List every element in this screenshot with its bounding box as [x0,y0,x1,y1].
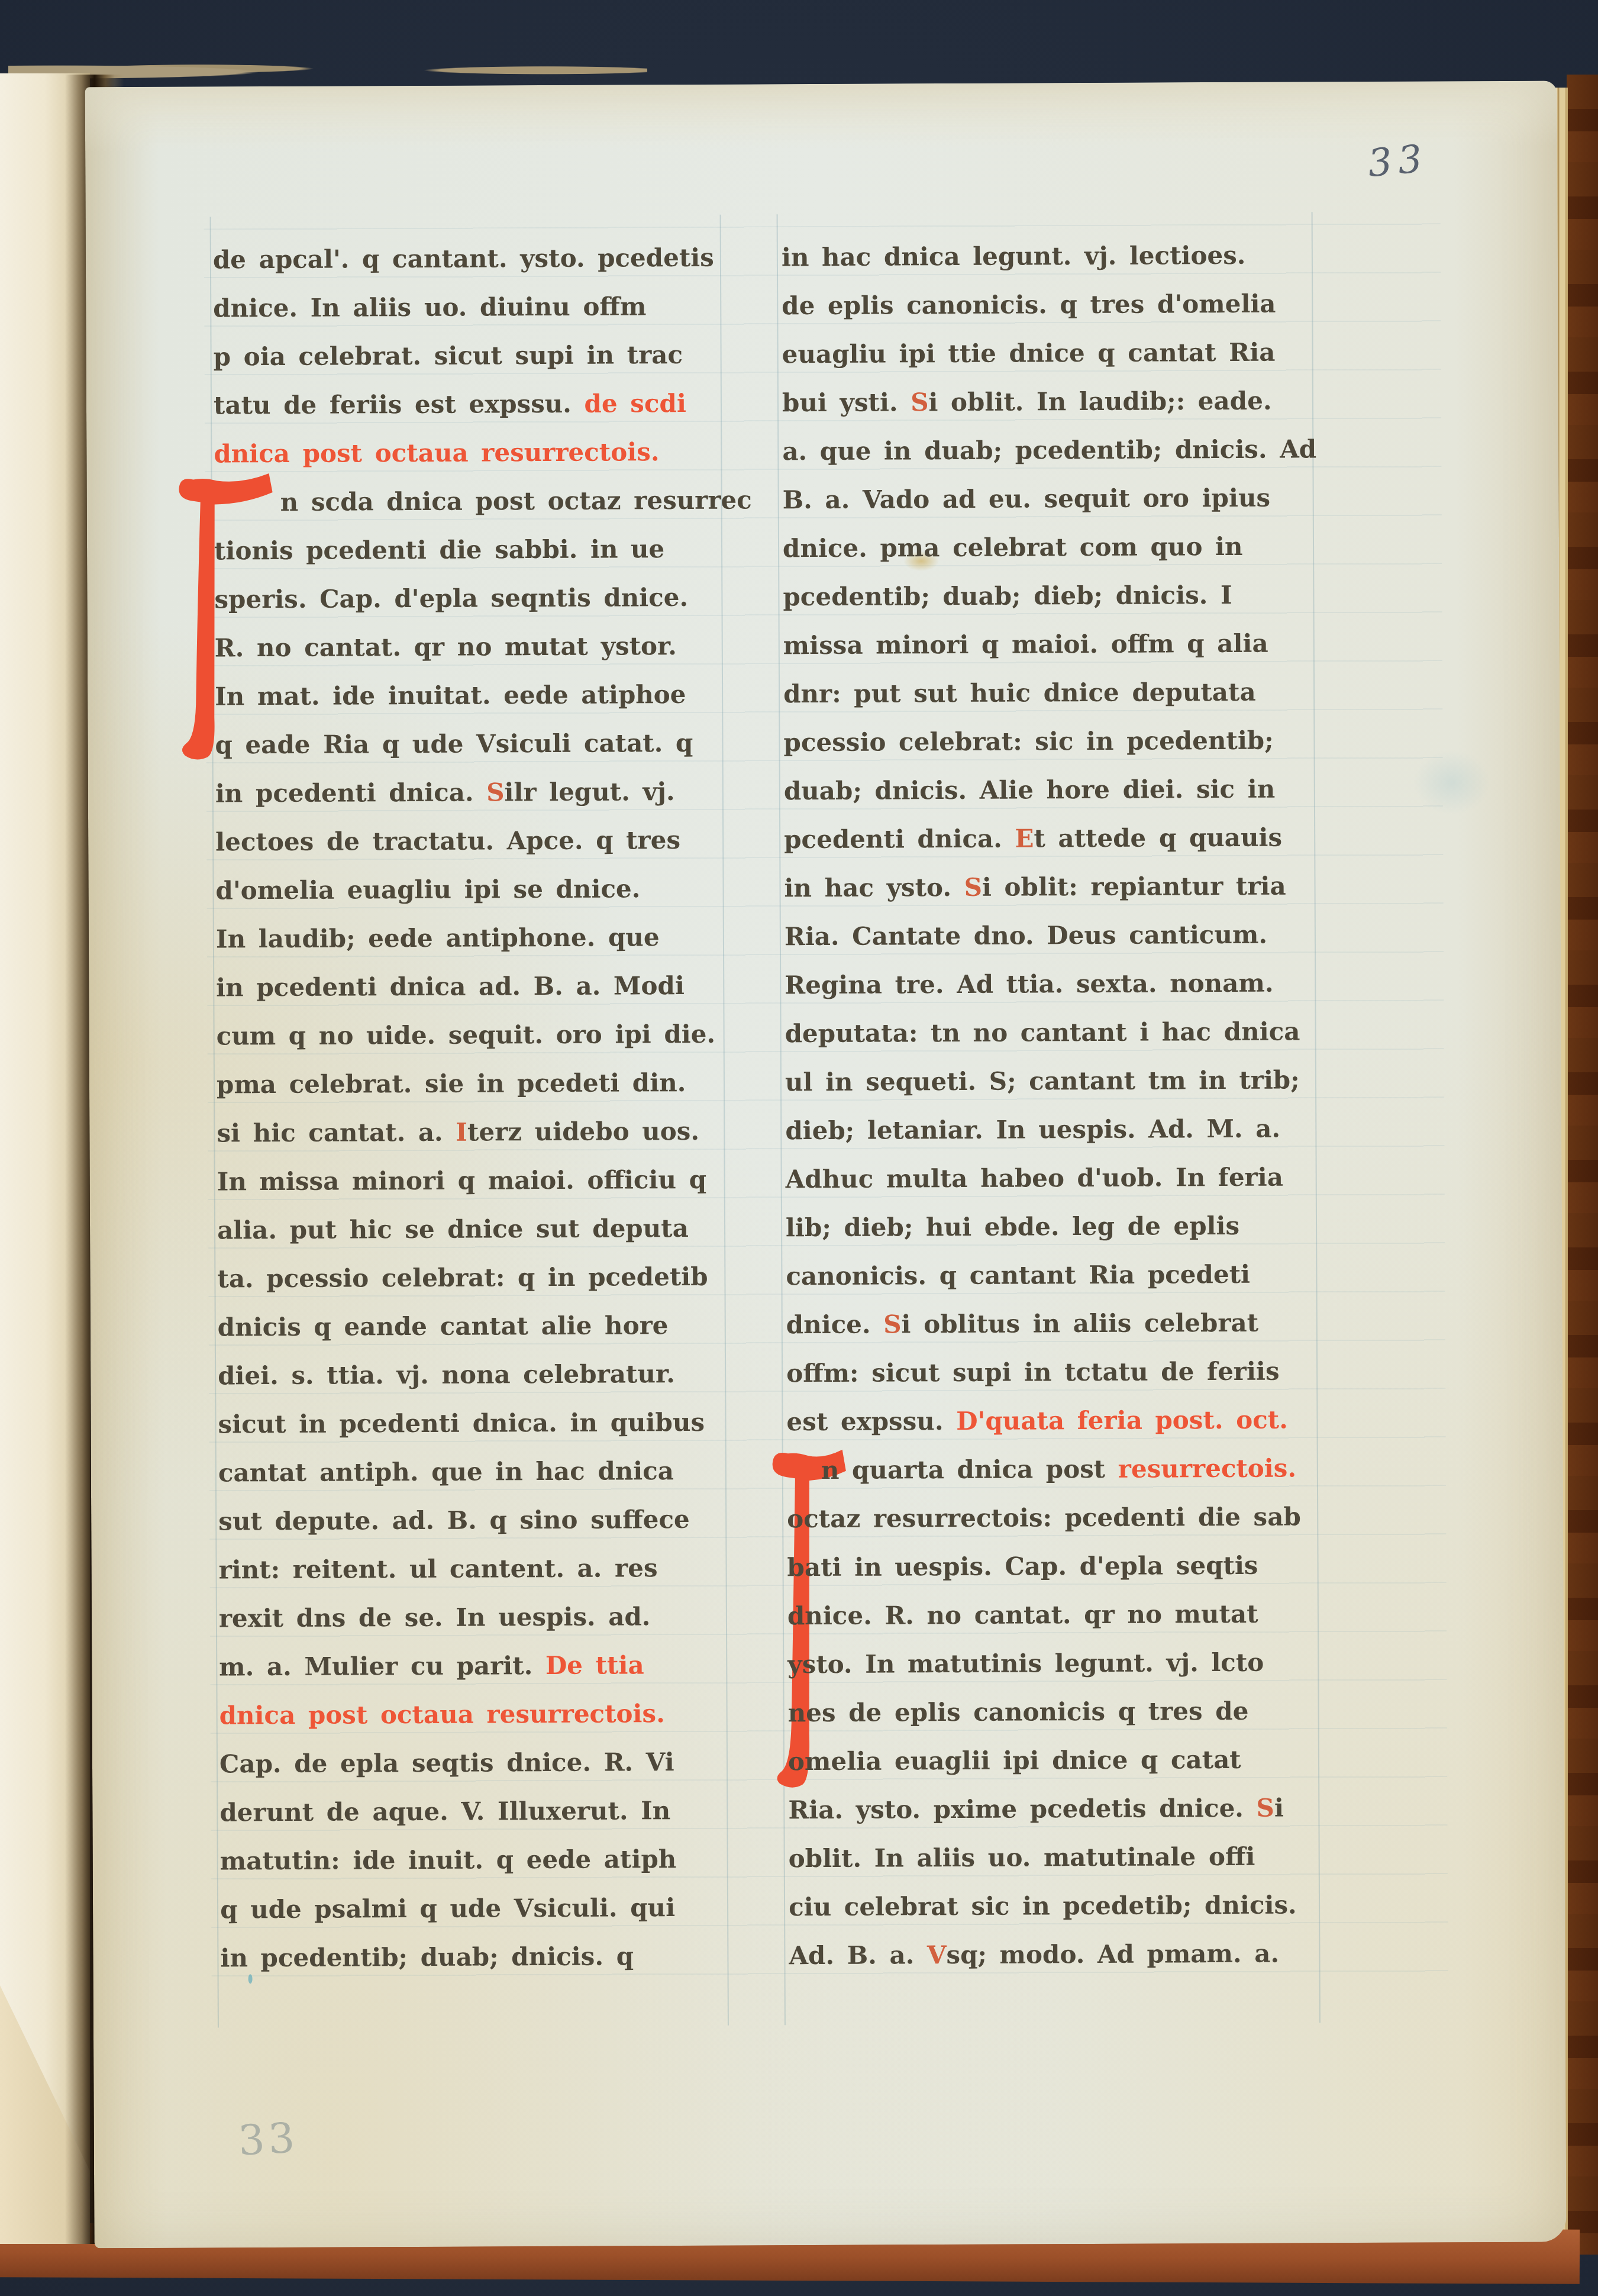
text-segment-touch: S [911,388,929,417]
text-segment: cum q no uide. sequit. oro ipi die. [217,1020,716,1051]
text-line: in hac dnica legunt. vj. lectioes. [782,231,1314,282]
text-line: alia. put hic se dnice sut deputa [217,1204,727,1255]
text-segment: Regina tre. Ad ttia. sexta. nonam. [785,969,1273,1000]
text-line: nes de eplis canonicis q tres de [787,1686,1320,1737]
text-segment: si hic cantat. a. [217,1118,456,1148]
text-line: Adhuc multa habeo d'uob. In feria [786,1153,1318,1204]
text-segment: n quarta dnica post [821,1455,1118,1485]
text-line: Ria. Cantate dno. Deus canticum. [785,910,1317,961]
text-line: dnr: put sut huic dnice deputata [783,667,1316,718]
text-line: tionis pcedenti die sabbi. in ue [214,525,724,576]
text-line: derunt de aque. V. Illuxerut. In [219,1787,729,1837]
text-line: offm: sicut supi in tctatu de feriis [786,1347,1319,1398]
text-segment: pcedenti dnica. [784,824,1015,854]
text-line: p oia celebrat. sicut supi in trac [213,331,723,382]
text-line: octaz resurrectois: pcedenti die sab [787,1492,1319,1543]
text-segment: in hac dnica legunt. vj. lectioes. [782,241,1246,272]
text-segment: tionis pcedenti die sabbi. in ue [214,534,664,565]
text-line: tatu de feriis est expssu. de scdi [214,379,724,430]
text-line: R. no cantat. qr no mutat ystor. [215,622,725,673]
text-line: pcedenti dnica. Et attede q quauis [784,813,1316,864]
text-line: canonicis. q cantant Ria pcedeti [786,1250,1318,1301]
text-segment: t attede q quauis [1034,823,1282,853]
text-line: n quarta dnica post resurrectois. [787,1444,1319,1495]
text-segment: offm: sicut supi in tctatu de feriis [786,1357,1280,1388]
text-line: pma celebrat. sie in pcedeti din. [217,1059,727,1110]
text-segment: sut depute. ad. B. q sino suffece [218,1505,690,1536]
text-segment-red: resurrectois. [1118,1453,1296,1483]
text-segment: a. que in duab; pcedentib; dnicis. Ad [782,434,1316,466]
text-segment-touch: I [456,1118,467,1147]
text-line: dnice. Si oblitus in aliis celebrat [786,1298,1319,1349]
text-segment: pcedentib; duab; dieb; dnicis. I [783,581,1232,611]
text-segment: in pcedenti dnica. [215,778,486,808]
text-segment: alia. put hic se dnice sut deputa [217,1214,689,1244]
text-segment: dnr: put sut huic dnice deputata [783,678,1256,708]
text-line: de eplis canonicis. q tres d'omelia [782,279,1314,330]
text-line: speris. Cap. d'epla seqntis dnice. [214,573,724,624]
text-line: in pcedentib; duab; dnicis. q [220,1932,730,1983]
text-line: lib; dieb; hui ebde. leg de eplis [786,1201,1318,1252]
text-segment: i oblit. In laudib;: eade. [928,386,1271,417]
text-segment: dnice. In aliis uo. diuinu offm [213,292,646,323]
text-line: diei. s. ttia. vj. nona celebratur. [218,1350,728,1401]
text-segment-red: dnica post octaua resurrectois. [214,437,659,468]
text-segment: duab; dnicis. Alie hore diei. sic in [784,775,1275,806]
text-segment-red: de scdi [584,389,686,418]
text-line: Ria. ysto. pxime pcedetis dnice. Si [788,1784,1321,1834]
text-segment-touch: S [1256,1794,1274,1823]
text-segment: Ad. B. a. [789,1940,927,1970]
text-segment: rint: reitent. ul cantent. a. res [218,1553,657,1584]
text-line: matutin: ide inuit. q eede atiph [220,1835,730,1886]
text-segment: q ude psalmi q ude Vsiculi. qui [220,1893,675,1924]
text-segment-touch: S [964,873,982,902]
text-segment: ilr legut. vj. [504,777,674,807]
text-segment: in hac ysto. [784,873,964,902]
text-line: in hac ysto. Si oblit: repiantur tria [784,862,1316,912]
text-line: In missa minori q maioi. officiu q [217,1156,727,1207]
text-segment: de eplis canonicis. q tres d'omelia [782,289,1276,321]
text-line: q eade Ria q ude Vsiculi catat. q [215,719,725,770]
text-segment: Adhuc multa habeo d'uob. In feria [786,1163,1283,1194]
text-segment: p oia celebrat. sicut supi in trac [214,340,683,371]
text-line: ciu celebrat sic in pcedetib; dnicis. [789,1881,1321,1931]
text-segment: In mat. ide inuitat. eede atiphoe [215,680,686,711]
text-segment-touch: S [486,778,505,807]
text-segment-red: dnica post octaua resurrectois. [219,1699,665,1730]
text-line: in pcedenti dnica ad. B. a. Modi [216,962,726,1012]
text-line: dnica post octaua resurrectois. [214,428,724,479]
text-line: ul in sequeti. S; cantant tm in trib; [785,1056,1318,1107]
text-line: In mat. ide inuitat. eede atiphoe [215,670,725,721]
text-segment: d'omelia euagliu ipi se dnice. [215,874,640,905]
text-line: ta. pcessio celebrat: q in pcedetib [217,1253,727,1304]
folio-number-bottom-pencil: 33 [237,2113,300,2165]
text-line: d'omelia euagliu ipi se dnice. [215,865,725,915]
text-segment: est expssu. [786,1407,956,1436]
text-line: Regina tre. Ad ttia. sexta. nonam. [785,959,1317,1010]
text-column-left: de apcal'. q cantant. ysto. pcedetisdnic… [213,234,731,1983]
text-segment: omelia euaglii ipi dnice q catat [788,1745,1241,1776]
text-line: bati in uespis. Cap. d'epla seqtis [787,1541,1319,1592]
text-line: pcedentib; duab; dieb; dnicis. I [783,570,1315,621]
text-segment: m. a. Mulier cu parit. [219,1651,545,1681]
text-segment: in pcedentib; duab; dnicis. q [220,1942,634,1972]
text-line: dnice. In aliis uo. diuinu offm [213,282,723,333]
text-segment: de apcal'. q cantant. ysto. pcedetis [213,243,714,275]
text-line: dnice. R. no cantat. qr no mutat [787,1589,1320,1640]
text-segment: cantat antiph. que in hac dnica [218,1456,674,1487]
text-segment: bati in uespis. Cap. d'epla seqtis [787,1551,1258,1582]
text-line: rexit dns de se. In uespis. ad. [219,1592,729,1643]
text-segment: ta. pcessio celebrat: q in pcedetib [217,1262,708,1294]
text-segment: R. no cantat. qr no mutat ystor. [215,631,677,662]
text-segment: deputata: tn no cantant i hac dnica [785,1017,1300,1048]
text-segment: oblit. In aliis uo. matutinale offi [789,1842,1255,1873]
text-line: sicut in pcedenti dnica. in quibus [218,1398,728,1449]
text-column-right: in hac dnica legunt. vj. lectioes.de epl… [782,231,1322,1980]
text-segment: tatu de feriis est expssu. [214,389,585,420]
text-line: bui ysti. Si oblit. In laudib;: eade. [782,376,1315,427]
text-segment: q eade Ria q ude Vsiculi catat. q [215,728,693,760]
text-line: pcessio celebrat: sic in pcedentib; [783,716,1316,767]
text-segment: dieb; letaniar. In uespis. Ad. M. a. [785,1114,1280,1146]
text-line: sut depute. ad. B. q sino suffece [218,1495,728,1546]
text-segment: sicut in pcedenti dnica. in quibus [218,1408,705,1439]
text-line: In laudib; eede antiphone. que [216,913,726,964]
text-line: omelia euaglii ipi dnice q catat [788,1735,1321,1786]
text-segment: pcessio celebrat: sic in pcedentib; [783,726,1273,757]
text-segment: In missa minori q maioi. officiu q [217,1165,707,1197]
text-segment: dnicis q eande cantat alie hore [218,1311,669,1342]
text-segment-touch: V [927,1940,947,1969]
text-line: duab; dnicis. Alie hore diei. sic in [784,765,1316,815]
text-segment: Ria. ysto. pxime pcedetis dnice. [788,1794,1256,1824]
text-segment: derunt de aque. V. Illuxerut. In [219,1796,670,1827]
text-segment: ul in sequeti. S; cantant tm in trib; [785,1065,1300,1097]
manuscript-photo: de apcal'. q cantant. ysto. pcedetisdnic… [0,0,1598,2296]
parchment-page: de apcal'. q cantant. ysto. pcedetisdnic… [85,81,1567,2249]
text-line: rint: reitent. ul cantent. a. res [218,1544,728,1595]
book-fore-edge-outer [1567,75,1598,2255]
text-segment: ciu celebrat sic in pcedetib; dnicis. [789,1890,1297,1921]
text-segment: B. a. Vado ad eu. sequit oro ipius [783,483,1271,515]
text-segment-red: D'quata feria post. oct. [956,1405,1288,1436]
text-line: deputata: tn no cantant i hac dnica [785,1007,1317,1058]
text-segment: sq; modo. Ad pmam. a. [946,1939,1279,1969]
text-segment: i [1274,1794,1284,1823]
text-line: lectoes de tractatu. Apce. q tres [215,816,725,867]
text-segment: speris. Cap. d'epla seqntis dnice. [214,583,688,614]
text-segment: Ria. Cantate dno. Deus canticum. [785,920,1267,952]
text-segment: ysto. In matutinis legunt. vj. lcto [787,1648,1264,1679]
text-line: B. a. Vado ad eu. sequit oro ipius [783,473,1315,524]
text-line: m. a. Mulier cu parit. De ttia [219,1641,729,1692]
text-segment: dnice. [786,1310,884,1339]
text-segment: lectoes de tractatu. Apce. q tres [215,825,680,856]
text-segment: n scda dnica post octaz resurrec [280,485,752,516]
text-line: dieb; letaniar. In uespis. Ad. M. a. [785,1104,1318,1155]
text-line: Ad. B. a. Vsq; modo. Ad pmam. a. [789,1929,1321,1980]
text-line: cum q no uide. sequit. oro ipi die. [216,1010,726,1061]
text-line: dnica post octaua resurrectois. [219,1689,729,1740]
text-line: a. que in duab; pcedentib; dnicis. Ad [782,425,1315,476]
text-line: dnice. pma celebrat com quo in [783,522,1315,573]
text-segment: pma celebrat. sie in pcedeti din. [217,1068,686,1099]
text-line: missa minori q maioi. offm q alia [783,619,1316,670]
text-segment: euagliu ipi ttie dnice q cantat Ria [782,338,1276,369]
text-segment: in pcedenti dnica ad. B. a. Modi [216,971,685,1002]
text-segment: octaz resurrectois: pcedenti die sab [787,1502,1301,1533]
text-segment: missa minori q maioi. offm q alia [783,629,1268,660]
text-segment: bui ysti. [782,388,911,417]
text-line: in pcedenti dnica. Silr legut. vj. [215,768,725,818]
text-segment: diei. s. ttia. vj. nona celebratur. [218,1359,675,1390]
text-segment: canonicis. q cantant Ria pcedeti [786,1260,1250,1291]
text-segment: dnice. R. no cantat. qr no mutat [787,1600,1258,1630]
text-line: Cap. de epla seqtis dnice. R. Vi [219,1738,729,1789]
text-segment: dnice. pma celebrat com quo in [783,532,1243,563]
text-segment: In laudib; eede antiphone. que [216,923,660,953]
text-line: euagliu ipi ttie dnice q cantat Ria [782,328,1314,379]
text-segment: rexit dns de se. In uespis. ad. [219,1602,651,1633]
text-line: si hic cantat. a. Iterz uidebo uos. [217,1107,727,1158]
text-line: est expssu. D'quata feria post. oct. [786,1395,1319,1446]
text-segment: Cap. de epla seqtis dnice. R. Vi [219,1747,674,1778]
text-line: de apcal'. q cantant. ysto. pcedetis [213,234,723,285]
text-segment-red: De ttia [545,1650,644,1680]
text-segment: i oblit: repiantur tria [982,872,1286,902]
text-line: q ude psalmi q ude Vsiculi. qui [220,1884,730,1934]
text-line: n scda dnica post octaz resurrec [214,476,724,527]
text-line: cantat antiph. que in hac dnica [218,1447,728,1498]
text-segment: i oblitus in aliis celebrat [901,1308,1258,1339]
text-segment: terz uidebo uos. [467,1117,699,1147]
text-segment: lib; dieb; hui ebde. leg de eplis [786,1211,1239,1242]
text-line: oblit. In aliis uo. matutinale offi [789,1832,1321,1883]
text-segment-touch: S [883,1310,902,1339]
text-segment: matutin: ide inuit. q eede atiph [220,1844,677,1875]
text-segment-touch: E [1015,824,1034,853]
folio-number-top: 33 [1366,137,1430,186]
text-line: ysto. In matutinis legunt. vj. lcto [787,1638,1320,1689]
text-line: dnicis q eande cantat alie hore [218,1301,728,1352]
text-segment: nes de eplis canonicis q tres de [788,1697,1249,1727]
parchment-stain [1413,750,1490,815]
